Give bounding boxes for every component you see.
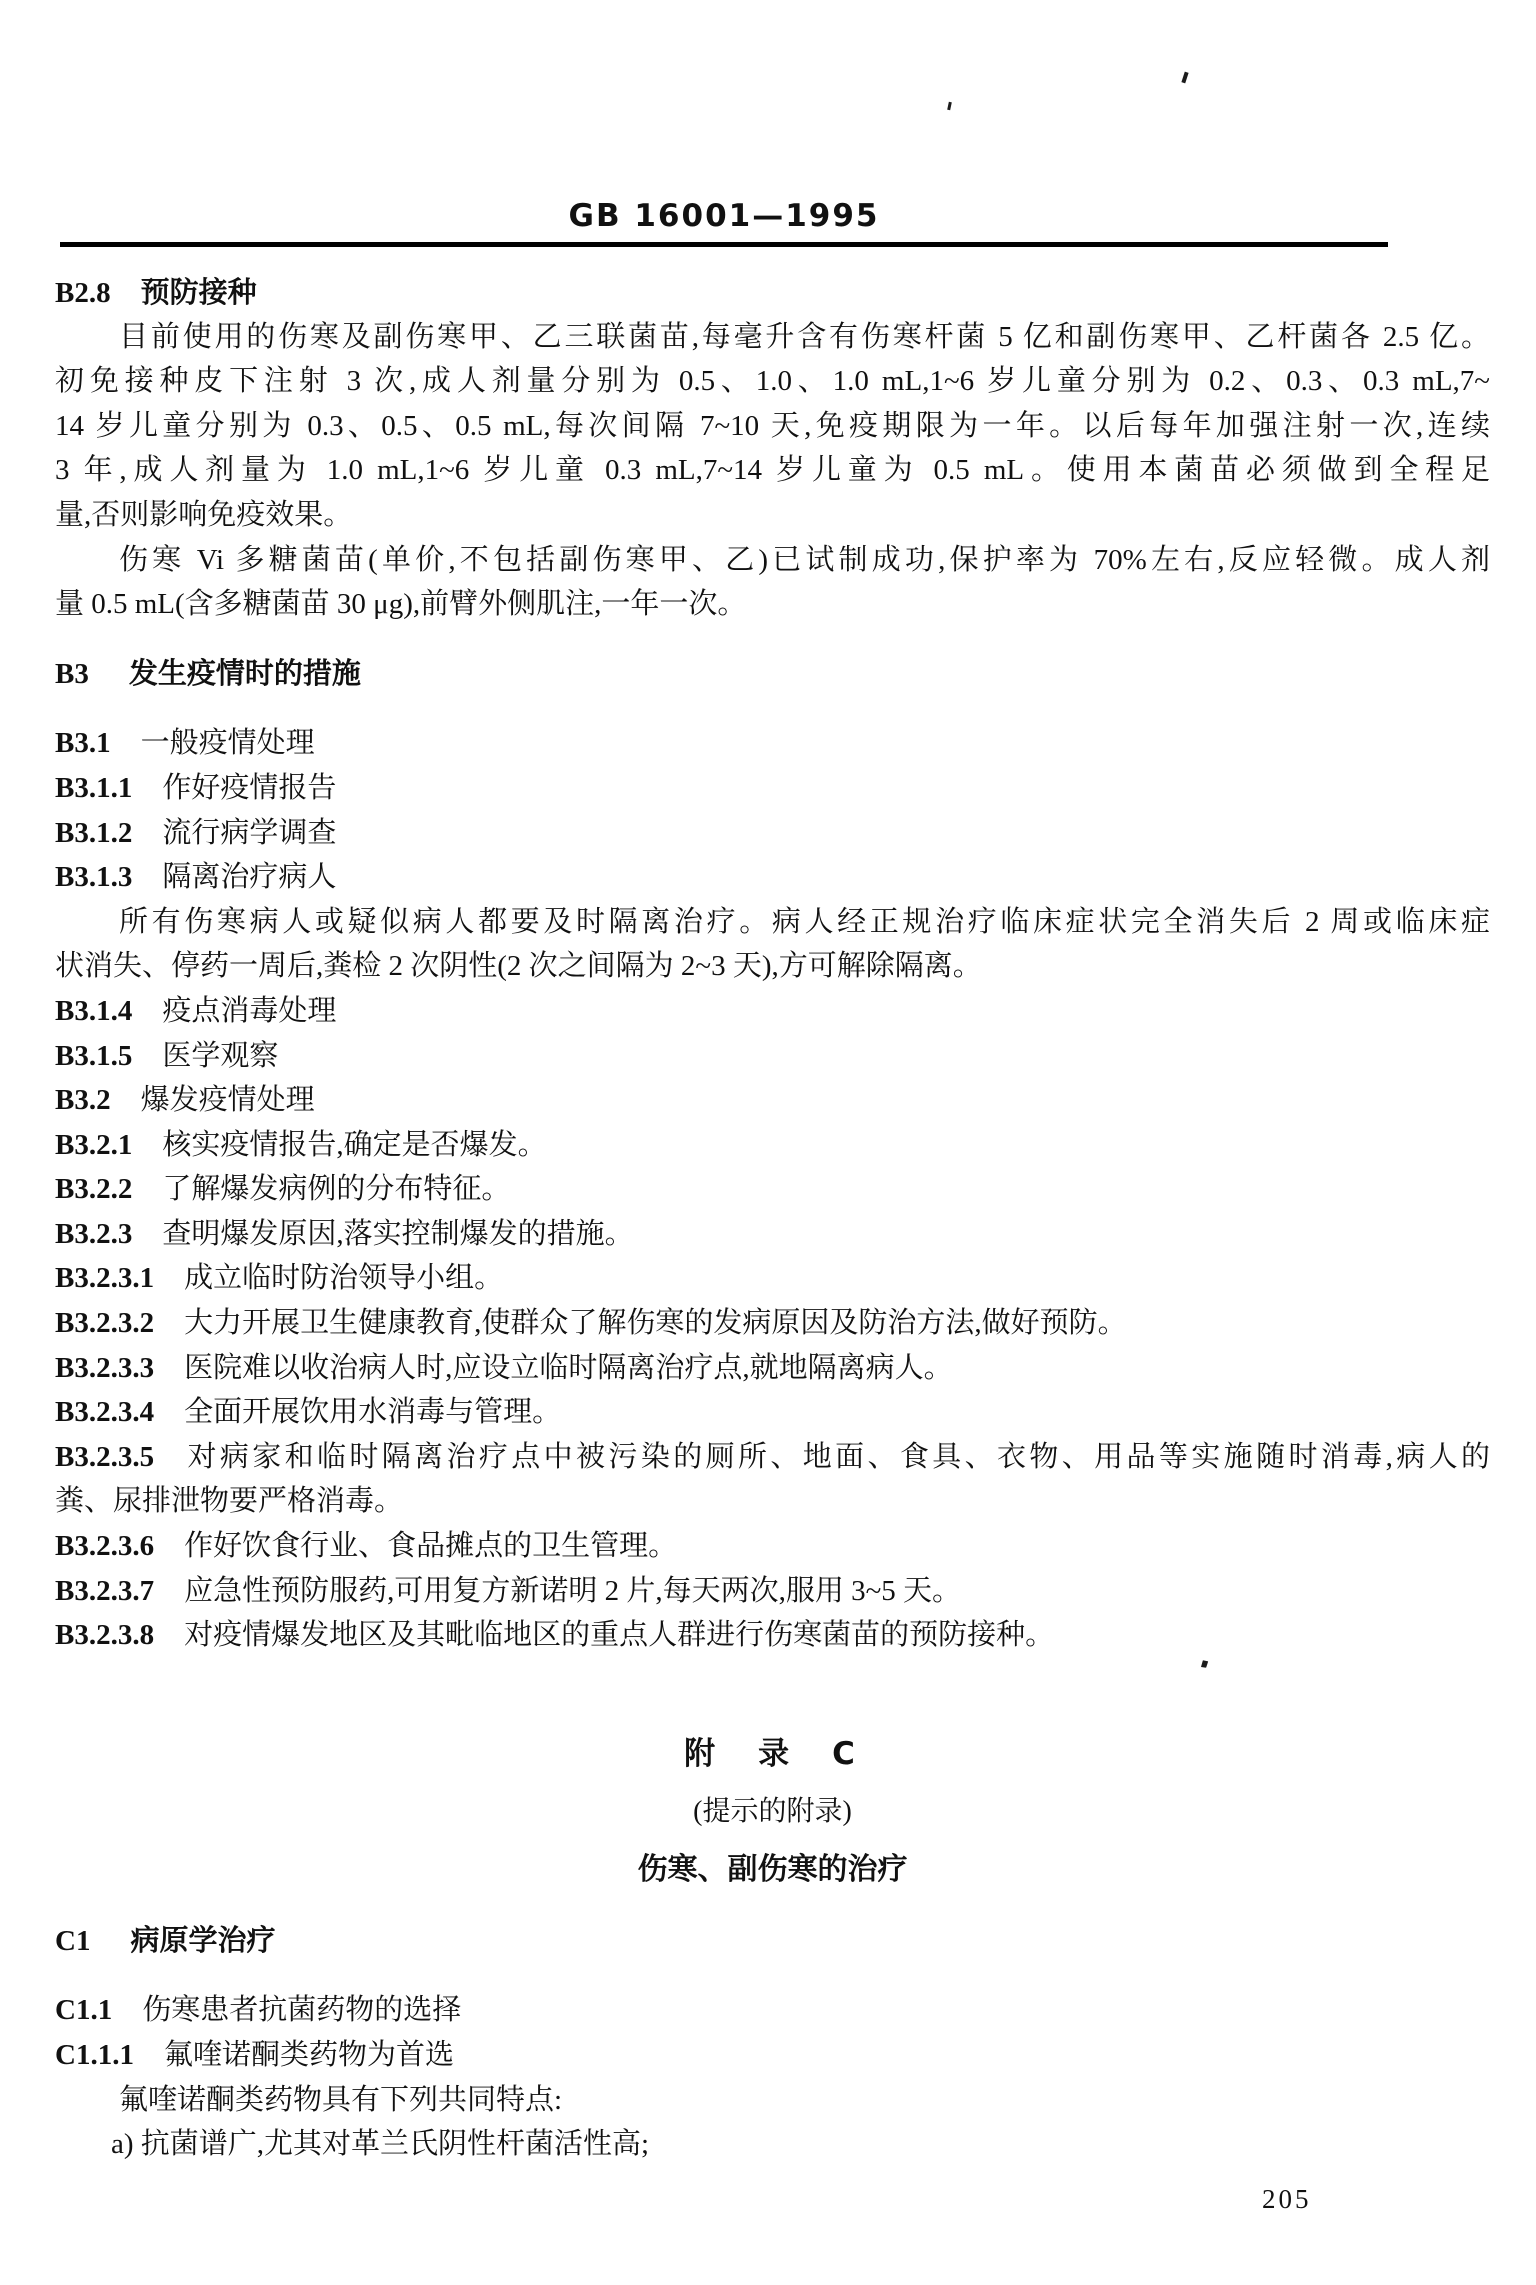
paragraph-line: 所有伤寒病人或疑似病人都要及时隔离治疗。病人经正规治疗临床症状完全消失后 2 周…: [55, 900, 1490, 945]
clause-line-text: 流行病学调查: [162, 817, 336, 849]
clause-number: B3.1.2: [55, 817, 132, 849]
paragraph-line-text: 伤寒 Vi 多糖菌苗(单价,不包括副伤寒甲、乙)已试制成功,保护率为 70%左右…: [119, 544, 1490, 576]
clause-line: B3.2.3.1成立临时防治领导小组。: [55, 1256, 1490, 1301]
clause-line-text: 成立临时防治领导小组。: [184, 1262, 503, 1294]
clause-number: C1: [55, 1925, 90, 1957]
clause-heading-text: 预防接种: [141, 275, 257, 309]
paragraph-line-text: 粪、尿排泄物要严格消毒。: [55, 1485, 403, 1517]
clause-line-text: 了解爆发病例的分布特征。: [162, 1173, 510, 1205]
clause-number: B3.2.3.1: [55, 1262, 154, 1294]
clause-line-text: 对病家和临时隔离治疗点中被污染的厕所、地面、食具、衣物、用品等实施随时消毒,病人…: [184, 1441, 1490, 1473]
appendix-subtitle-text: (提示的附录): [693, 1796, 852, 1827]
paragraph-line-text: 状消失、停药一周后,粪检 2 次阴性(2 次之间隔为 2~3 天),方可解除隔离…: [55, 950, 982, 982]
clause-number: B3.2.3.2: [55, 1307, 154, 1339]
clause-number: B3.1.5: [55, 1040, 132, 1072]
section-heading: C1病原学治疗: [55, 1918, 1490, 1963]
clause-number: B3.2.3.8: [55, 1619, 154, 1651]
paragraph-line-text: 14 岁儿童分别为 0.3、0.5、0.5 mL,每次间隔 7~10 天,免疫期…: [55, 410, 1490, 442]
paragraph-line-text: 所有伤寒病人或疑似病人都要及时隔离治疗。病人经正规治疗临床症状完全消失后 2 周…: [119, 906, 1490, 938]
paragraph-line: 量,否则影响免疫效果。: [55, 493, 1490, 538]
paragraph-line: 伤寒 Vi 多糖菌苗(单价,不包括副伤寒甲、乙)已试制成功,保护率为 70%左右…: [55, 538, 1490, 583]
clause-number: B3.2.3: [55, 1218, 132, 1250]
paragraph-line-text: 初免接种皮下注射 3 次,成人剂量分别为 0.5、1.0、1.0 mL,1~6 …: [55, 365, 1490, 397]
clause-number: B2.8: [55, 277, 111, 309]
appendix-name: 伤寒、副伤寒的治疗: [55, 1846, 1490, 1894]
clause-line: B3.2.3.8对疫情爆发地区及其毗临地区的重点人群进行伤寒菌苗的预防接种。: [55, 1613, 1490, 1658]
clause-line-text: 隔离治疗病人: [162, 861, 336, 893]
clause-number: B3.1: [55, 727, 111, 759]
appendix-subtitle: (提示的附录): [55, 1788, 1490, 1836]
clause-number: B3.2.3.7: [55, 1575, 154, 1607]
paragraph-line: 3 年,成人剂量为 1.0 mL,1~6 岁儿童 0.3 mL,7~14 岁儿童…: [55, 448, 1490, 493]
clause-line-text: 全面开展饮用水消毒与管理。: [184, 1396, 561, 1428]
clause-line: B3.2.2了解爆发病例的分布特征。: [55, 1167, 1490, 1212]
appendix-title-text: 附 录 C: [684, 1736, 861, 1772]
clause-line: B3.2.3.5对病家和临时隔离治疗点中被污染的厕所、地面、食具、衣物、用品等实…: [55, 1435, 1490, 1480]
page-number: 205: [1262, 2184, 1312, 2215]
paragraph-line-text: 3 年,成人剂量为 1.0 mL,1~6 岁儿童 0.3 mL,7~14 岁儿童…: [55, 454, 1490, 486]
clause-number: B3.2.3.4: [55, 1396, 154, 1428]
clause-line: B3.1.4疫点消毒处理: [55, 989, 1490, 1034]
section-heading-text: 发生疫情时的措施: [129, 656, 361, 690]
clause-line-text: 大力开展卫生健康教育,使群众了解伤寒的发病原因及防治方法,做好预防。: [184, 1307, 1127, 1339]
clause-number: B3.2: [55, 1084, 111, 1116]
clause-line: B3.2.3.6作好饮食行业、食品摊点的卫生管理。: [55, 1524, 1490, 1569]
paragraph-line: a) 抗菌谱广,尤其对革兰氏阴性杆菌活性高;: [55, 2122, 1490, 2167]
clause-line: B3.1.1作好疫情报告: [55, 766, 1490, 811]
clause-number: B3.2.3.5: [55, 1441, 154, 1473]
clause-number: B3.1.3: [55, 861, 132, 893]
paragraph-line: 量 0.5 mL(含多糖菌苗 30 μg),前臂外侧肌注,一年一次。: [55, 582, 1490, 627]
document-page: GB 16001—1995 B2.8预防接种目前使用的伤寒及副伤寒甲、乙三联菌苗…: [0, 0, 1536, 2285]
clause-line-text: 作好饮食行业、食品摊点的卫生管理。: [184, 1530, 677, 1562]
clause-line: B3.1一般疫情处理: [55, 721, 1490, 766]
paragraph-line-text: 氟喹诺酮类药物具有下列共同特点:: [119, 2084, 562, 2116]
clause-number: B3.1.4: [55, 995, 132, 1027]
clause-number: B3: [55, 658, 89, 690]
clause-line-text: 疫点消毒处理: [162, 995, 336, 1027]
clause-line: B3.1.3隔离治疗病人: [55, 855, 1490, 900]
clause-line: B3.2.3查明爆发原因,落实控制爆发的措施。: [55, 1212, 1490, 1257]
clause-line: B3.1.2流行病学调查: [55, 811, 1490, 856]
clause-line: B3.2爆发疫情处理: [55, 1078, 1490, 1123]
clause-line-text: 医学观察: [162, 1040, 278, 1072]
paragraph-line-text: 目前使用的伤寒及副伤寒甲、乙三联菌苗,每毫升含有伤寒杆菌 5 亿和副伤寒甲、乙杆…: [119, 321, 1490, 353]
clause-line-text: 氟喹诺酮类药物为首选: [164, 2039, 454, 2071]
clause-heading: B2.8预防接种: [55, 270, 1490, 315]
paragraph-line: 状消失、停药一周后,粪检 2 次阴性(2 次之间隔为 2~3 天),方可解除隔离…: [55, 944, 1490, 989]
appendix-title: 附 录 C: [55, 1730, 1490, 1778]
clause-line: B3.2.3.7应急性预防服药,可用复方新诺明 2 片,每天两次,服用 3~5 …: [55, 1569, 1490, 1614]
paragraph-line: 初免接种皮下注射 3 次,成人剂量分别为 0.5、1.0、1.0 mL,1~6 …: [55, 359, 1490, 404]
clause-line-text: 作好疫情报告: [162, 772, 336, 804]
paragraph-line: 氟喹诺酮类药物具有下列共同特点:: [55, 2078, 1490, 2123]
clause-line: B3.2.3.3医院难以收治病人时,应设立临时隔离治疗点,就地隔离病人。: [55, 1346, 1490, 1391]
clause-line-text: 伤寒患者抗菌药物的选择: [142, 1994, 461, 2026]
appendix-name-text: 伤寒、副伤寒的治疗: [638, 1852, 908, 1887]
clause-number: B3.2.2: [55, 1173, 132, 1205]
paragraph-line: 目前使用的伤寒及副伤寒甲、乙三联菌苗,每毫升含有伤寒杆菌 5 亿和副伤寒甲、乙杆…: [55, 315, 1490, 360]
clause-number: C1.1: [55, 1994, 112, 2026]
section-heading: B3发生疫情时的措施: [55, 651, 1490, 696]
clause-line-text: 核实疫情报告,确定是否爆发。: [162, 1129, 546, 1161]
clause-line: C1.1.1氟喹诺酮类药物为首选: [55, 2033, 1490, 2078]
clause-number: B3.2.3.6: [55, 1530, 154, 1562]
clause-line-text: 应急性预防服药,可用复方新诺明 2 片,每天两次,服用 3~5 天。: [184, 1575, 961, 1607]
paragraph-line-text: a) 抗菌谱广,尤其对革兰氏阴性杆菌活性高;: [111, 2128, 649, 2160]
clause-number: B3.1.1: [55, 772, 132, 804]
clause-line-text: 医院难以收治病人时,应设立临时隔离治疗点,就地隔离病人。: [184, 1352, 953, 1384]
clause-line-text: 爆发疫情处理: [141, 1084, 315, 1116]
content: B2.8预防接种目前使用的伤寒及副伤寒甲、乙三联菌苗,每毫升含有伤寒杆菌 5 亿…: [0, 247, 1536, 2167]
paragraph-line: 粪、尿排泄物要严格消毒。: [55, 1479, 1490, 1524]
clause-line: B3.2.3.2大力开展卫生健康教育,使群众了解伤寒的发病原因及防治方法,做好预…: [55, 1301, 1490, 1346]
clause-line: B3.1.5医学观察: [55, 1034, 1490, 1079]
clause-line-text: 一般疫情处理: [141, 727, 315, 759]
clause-line: B3.2.1核实疫情报告,确定是否爆发。: [55, 1123, 1490, 1168]
clause-line-text: 对疫情爆发地区及其毗临地区的重点人群进行伤寒菌苗的预防接种。: [184, 1619, 1054, 1651]
paragraph-line-text: 量 0.5 mL(含多糖菌苗 30 μg),前臂外侧肌注,一年一次。: [55, 588, 746, 620]
clause-line-text: 查明爆发原因,落实控制爆发的措施。: [162, 1218, 633, 1250]
clause-number: B3.2.3.3: [55, 1352, 154, 1384]
clause-number: B3.2.1: [55, 1129, 132, 1161]
paragraph-line-text: 量,否则影响免疫效果。: [55, 499, 352, 531]
clause-line: C1.1伤寒患者抗菌药物的选择: [55, 1988, 1490, 2033]
clause-line: B3.2.3.4全面开展饮用水消毒与管理。: [55, 1390, 1490, 1435]
paragraph-line: 14 岁儿童分别为 0.3、0.5、0.5 mL,每次间隔 7~10 天,免疫期…: [55, 404, 1490, 449]
clause-number: C1.1.1: [55, 2039, 134, 2071]
section-heading-text: 病原学治疗: [130, 1923, 275, 1957]
standard-number: GB 16001—1995: [0, 0, 1448, 235]
